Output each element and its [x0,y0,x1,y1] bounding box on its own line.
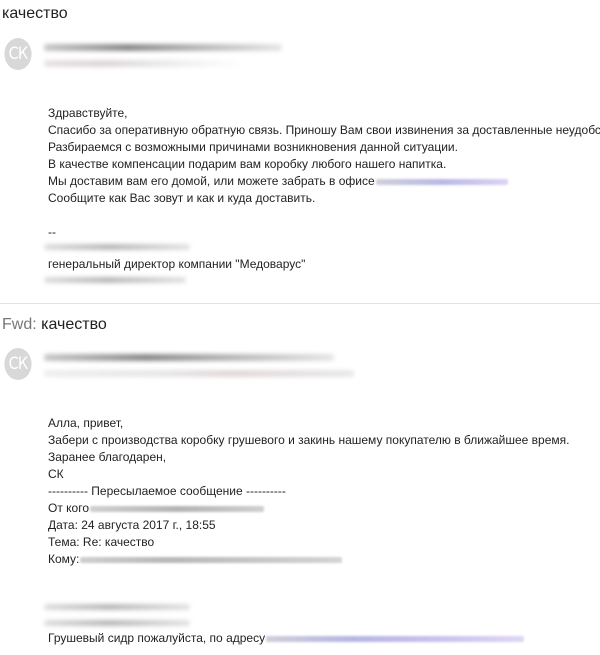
body-line: Разбираемся с возможными причинами возни… [48,139,458,156]
redacted-sender-email [44,60,244,67]
body-line: Спасибо за оперативную обратную связь. П… [48,122,600,139]
forwarded-from: От кого [48,500,264,517]
redacted-from-address [90,506,264,512]
redacted-sender-email [44,370,354,377]
redacted-to-address [80,557,342,563]
body-line: Здравствуйте, [48,105,128,122]
signature-title: генеральный директор компании "Медоварус… [48,256,305,273]
message-subject-fwd: Fwd: качество [2,316,107,334]
body-line: В качестве компенсации подарим вам короб… [48,156,446,173]
redacted-signature-name [44,244,190,250]
redacted-signature-contact [44,277,186,283]
message-divider [0,303,600,304]
from-label: От кого [48,501,89,515]
redacted-delivery-address [266,636,524,642]
forwarded-subject: Тема: Re: качество [48,534,154,551]
forwarded-to: Кому: [48,551,342,568]
body-line: СК [48,466,64,483]
body-line: Заранее благодарен, [48,449,166,466]
subject-text: качество [41,316,107,333]
message-subject: качество [2,5,68,23]
forwarded-header: ---------- Пересылаемое сообщение ------… [48,483,286,500]
sender-avatar[interactable]: СК [4,38,31,70]
redacted-sender-name [44,354,334,361]
body-line-office: Мы доставим вам его домой, или можете за… [48,173,508,190]
quoted-text-line: Грушевый сидр пожалуйста, по адресу [48,630,524,647]
body-text: Мы доставим вам его домой, или можете за… [48,174,375,188]
body-line: Сообщите как Вас зовут и как и куда дост… [48,190,315,207]
subject-text: качество [2,5,68,22]
signature-separator: -- [48,224,56,241]
body-line: Забери с производства коробку грушевого … [48,432,569,449]
redacted-quoted-line [44,604,190,610]
forwarded-date: Дата: 24 августа 2017 г., 18:55 [48,517,216,534]
to-label: Кому: [48,552,79,566]
redacted-quoted-line [44,620,190,626]
redacted-sender-name [44,44,282,51]
body-line: Алла, привет, [48,415,123,432]
sender-avatar[interactable]: СК [4,348,31,380]
fwd-prefix: Fwd: [2,316,37,333]
redacted-office-address [376,179,508,185]
quoted-text: Грушевый сидр пожалуйста, по адресу [48,631,265,645]
